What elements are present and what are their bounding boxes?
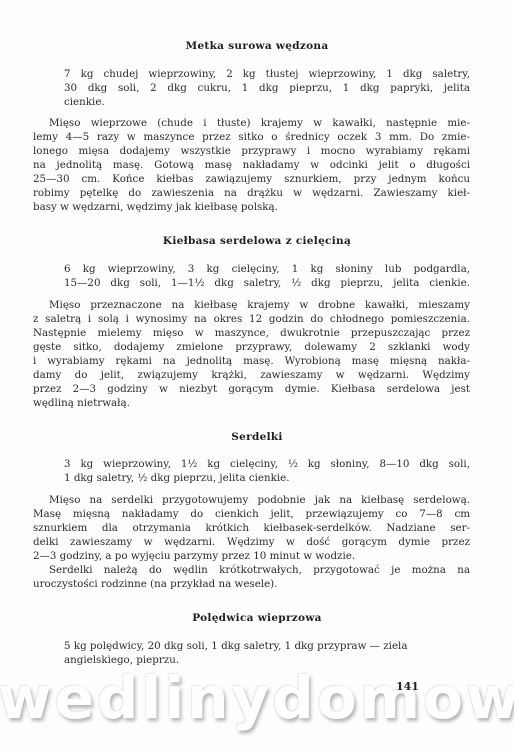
paragraph-line: sznurkiem dla otrzymania krótkich kiełba…	[33, 522, 470, 534]
paragraph-line: przez 2—3 godziny w niezbyt gorącym dymi…	[33, 383, 470, 395]
paragraph-line: i wyrabiamy rękami na jednolitą masę. Wy…	[33, 355, 470, 367]
paragraph-line: wędliną nietrwałą.	[33, 397, 130, 409]
paragraph-line: Serdelki należą do wędlin krótkotrwałych…	[49, 564, 470, 576]
paragraph-line: 2—3 godziny, a po wyjęciu parzymy przez …	[33, 550, 355, 562]
ingredients-line: 6 kg wieprzowiny, 3 kg cielęciny, 1 kg s…	[64, 263, 470, 275]
paragraph-line: z saletrą i solą i wynosimy na okres 12 …	[33, 313, 470, 325]
paragraph-line: Następnie mielemy mięso w maszynce, dwuk…	[33, 327, 470, 339]
recipe-title: Serdelki	[0, 431, 514, 443]
ingredients-line: 7 kg chudej wieprzowiny, 2 kg tłustej wi…	[64, 68, 470, 80]
paragraph-line: basy w wędzarni, wędzimy jak kiełbasę po…	[33, 201, 278, 213]
paragraph-line: damy do jelit, związujemy krążki, zawies…	[33, 369, 470, 381]
recipe-title: Kiełbasa serdelowa z cielęciną	[0, 235, 514, 247]
page-number: 141	[396, 680, 419, 693]
paragraph-line: uroczystości rodzinne (na przykład na we…	[33, 578, 277, 590]
paragraph-line: lonego mięsa dodajemy wszystkie przypraw…	[33, 145, 470, 157]
book-page: Metka surowa wędzona 7 kg chudej wieprzo…	[0, 0, 514, 750]
watermark: wedlinydomowe.pl	[0, 664, 514, 732]
ingredients-line: cienkie.	[64, 96, 105, 108]
paragraph-line: Mięso na serdelki przygotowujemy podobni…	[49, 494, 470, 506]
paragraph-line: na jednolitą masę. Gotową masę nakładamy…	[33, 159, 470, 171]
ingredients-line: 1 dkg saletry, ½ dkg pieprzu, jelita cie…	[64, 472, 290, 484]
paragraph-line: robimy pętelkę do zawieszenia na drążku …	[33, 187, 470, 199]
paragraph-line: gęste sitko, dodajemy zmielone przyprawy…	[33, 341, 470, 353]
ingredients-line: 3 kg wieprzowiny, 1½ kg cielęciny, ½ kg …	[64, 458, 470, 470]
paragraph-line: 25—30 cm. Końce kiełbas zawiązujemy sznu…	[33, 173, 470, 185]
paragraph-line: Mięso przeznaczone na kiełbasę krajemy w…	[49, 299, 470, 311]
paragraph-line: Masę mięsną nakładamy do cienkich jelit,…	[33, 508, 470, 520]
ingredients-line: 30 dkg soli, 2 dkg cukru, 1 dkg pieprzu,…	[64, 82, 470, 94]
ingredients-line: 15—20 dkg soli, 1—1½ dkg saletry, ½ dkg …	[64, 277, 470, 289]
recipe-title: Metka surowa wędzona	[0, 40, 514, 52]
paragraph-line: lemy 4—5 razy w maszynce przez sitko o ś…	[33, 131, 470, 143]
paragraph-line: delki zawieszamy w wędzarni. Wędzimy w d…	[33, 536, 470, 548]
paragraph-line: Mięso wieprzowe (chude i tłuste) krajemy…	[49, 117, 470, 129]
recipe-title: Polędwica wieprzowa	[0, 612, 514, 624]
ingredients-line: 5 kg polędwicy, 20 dkg soli, 1 dkg salet…	[64, 640, 407, 652]
